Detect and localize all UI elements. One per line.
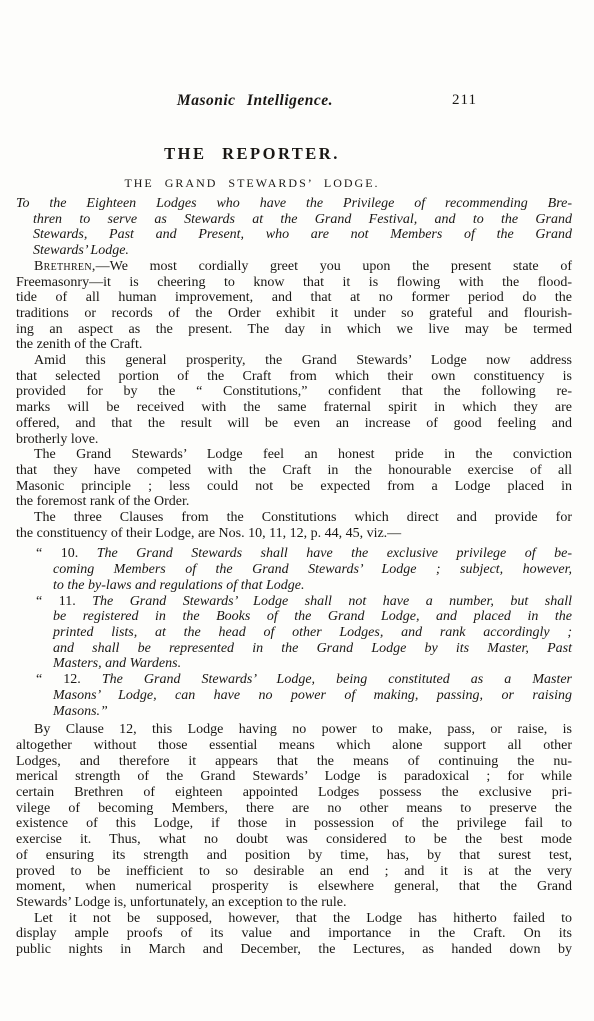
- text-line: provided for by the “ Constitutions,” co…: [16, 384, 572, 400]
- clause-lines: be registered in the Books of the Grand …: [16, 609, 572, 672]
- text-line: Stewards, Past and Present, who are not …: [16, 227, 572, 243]
- clause-10: “ 10. The Grand Stewards shall have the …: [16, 546, 572, 593]
- text-line: Stewards’ Lodge.: [16, 243, 572, 259]
- paragraph-honest-pride: The Grand Stewards’ Lodge feel an honest…: [16, 447, 572, 510]
- clause-marker: “ 12.: [36, 672, 81, 687]
- text-line: to the by-laws and regulations of that L…: [16, 578, 572, 594]
- text-line: The Grand Stewards’ Lodge feel an honest…: [16, 447, 572, 463]
- text-line: certain Brethren of eighteen appointed L…: [16, 785, 572, 801]
- clause-first-line: The Grand Stewards’ Lodge, being constit…: [102, 672, 572, 687]
- text-line: offered, and that the result will be eve…: [16, 416, 572, 432]
- salutation: Brethren,: [34, 259, 96, 274]
- text-line: Brethren,—We most cordially greet you up…: [16, 259, 572, 275]
- text-line: proved to be inefficient to so desirable…: [16, 864, 572, 880]
- text-line: “ 11. The Grand Stewards’ Lodge shall no…: [16, 594, 572, 610]
- section-title: THE REPORTER.: [0, 144, 504, 164]
- text-line: marks will be received with the same fra…: [16, 400, 572, 416]
- text-line: Masons.”: [16, 704, 572, 720]
- text-line: that selected portion of the Craft from …: [16, 369, 572, 385]
- text-line: public nights in March and December, the…: [16, 942, 572, 958]
- clause-12: “ 12. The Grand Stewards’ Lodge, being c…: [16, 672, 572, 719]
- clause-block: “ 10. The Grand Stewards shall have the …: [16, 546, 572, 719]
- text-line: coming Members of the Grand Stewards’ Lo…: [16, 562, 572, 578]
- page-number: 211: [452, 92, 477, 109]
- text-line: Let it not be supposed, however, that th…: [16, 911, 572, 927]
- text-line: the zenith of the Craft.: [16, 337, 572, 353]
- text-line: “ 12. The Grand Stewards’ Lodge, being c…: [16, 672, 572, 688]
- text-line: vilege of becoming Members, there are no…: [16, 801, 572, 817]
- paragraph-brethren: Brethren,—We most cordially greet you up…: [16, 259, 572, 353]
- paragraph-by-clause-12: By Clause 12, this Lodge having no power…: [16, 722, 572, 910]
- text-line: be registered in the Books of the Grand …: [16, 609, 572, 625]
- text-line: Lodges, and therefore it appears that th…: [16, 754, 572, 770]
- clause-first-line: The Grand Stewards’ Lodge shall not have…: [92, 594, 572, 609]
- text-line: thren to serve as Stewards at the Grand …: [16, 212, 572, 228]
- page-header: Masonic Intelligence. 211: [0, 92, 594, 112]
- text-line: display ample proofs of its value and im…: [16, 926, 572, 942]
- paragraph-three-clauses: The three Clauses from the Constitutions…: [16, 510, 572, 541]
- clause-lines: coming Members of the Grand Stewards’ Lo…: [16, 562, 572, 593]
- text-line: traditions or records of the Order exhib…: [16, 306, 572, 322]
- book-page: Masonic Intelligence. 211 THE REPORTER. …: [0, 0, 594, 1021]
- text-line: Freemasonry—it is cheering to know that …: [16, 275, 572, 291]
- text-line: “ 10. The Grand Stewards shall have the …: [16, 546, 572, 562]
- text-line: altogether without those essential means…: [16, 738, 572, 754]
- text-line: tide of all human improvement, and that …: [16, 290, 572, 306]
- paragraph-let-it-not: Let it not be supposed, however, that th…: [16, 911, 572, 958]
- clause-marker: “ 11.: [36, 594, 76, 609]
- page-body: To the Eighteen Lodges who have the Priv…: [16, 196, 572, 958]
- text-line: The three Clauses from the Constitutions…: [16, 510, 572, 526]
- text-line: that they have competed with the Craft i…: [16, 463, 572, 479]
- text-line: Amid this general prosperity, the Grand …: [16, 353, 572, 369]
- clause-marker: “ 10.: [36, 546, 78, 561]
- text-line: and shall be represented in the Grand Lo…: [16, 641, 572, 657]
- text-line: existence of this Lodge, if those in pos…: [16, 816, 572, 832]
- clause-first-line: The Grand Stewards shall have the exclus…: [97, 546, 572, 561]
- text-line: Masonic principle ; less could not be ex…: [16, 479, 572, 495]
- clause-lines: Masons’ Lodge, can have no power of maki…: [16, 688, 572, 719]
- text-line: exercise it. Thus, what no doubt was con…: [16, 832, 572, 848]
- text-line: Stewards’ Lodge is, unfortunately, an ex…: [16, 895, 572, 911]
- paragraph-amid: Amid this general prosperity, the Grand …: [16, 353, 572, 447]
- text-line: the foremost rank of the Order.: [16, 494, 572, 510]
- salutation-rest: —We most cordially greet you upon the pr…: [96, 259, 572, 274]
- text-line: printed lists, at the head of other Lodg…: [16, 625, 572, 641]
- clause-11: “ 11. The Grand Stewards’ Lodge shall no…: [16, 594, 572, 673]
- text-line: By Clause 12, this Lodge having no power…: [16, 722, 572, 738]
- address-block: To the Eighteen Lodges who have the Priv…: [16, 196, 572, 259]
- text-line: Masons’ Lodge, can have no power of maki…: [16, 688, 572, 704]
- text-line: of ensuring its strength and position by…: [16, 848, 572, 864]
- text-line: merical strength of the Grand Stewards’ …: [16, 769, 572, 785]
- text-line: Masters, and Wardens.: [16, 656, 572, 672]
- text-line: the constituency of their Lodge, are Nos…: [16, 526, 572, 542]
- text-line: To the Eighteen Lodges who have the Priv…: [16, 196, 572, 212]
- text-line: ing an aspect as the present. The day in…: [16, 322, 572, 338]
- article-title: THE GRAND STEWARDS’ LODGE.: [0, 176, 504, 191]
- text-line: brotherly love.: [16, 432, 572, 448]
- running-title: Masonic Intelligence.: [0, 92, 510, 110]
- text-line: moment, when numerical prosperity is els…: [16, 879, 572, 895]
- paragraph-lines: Freemasonry—it is cheering to know that …: [16, 275, 572, 354]
